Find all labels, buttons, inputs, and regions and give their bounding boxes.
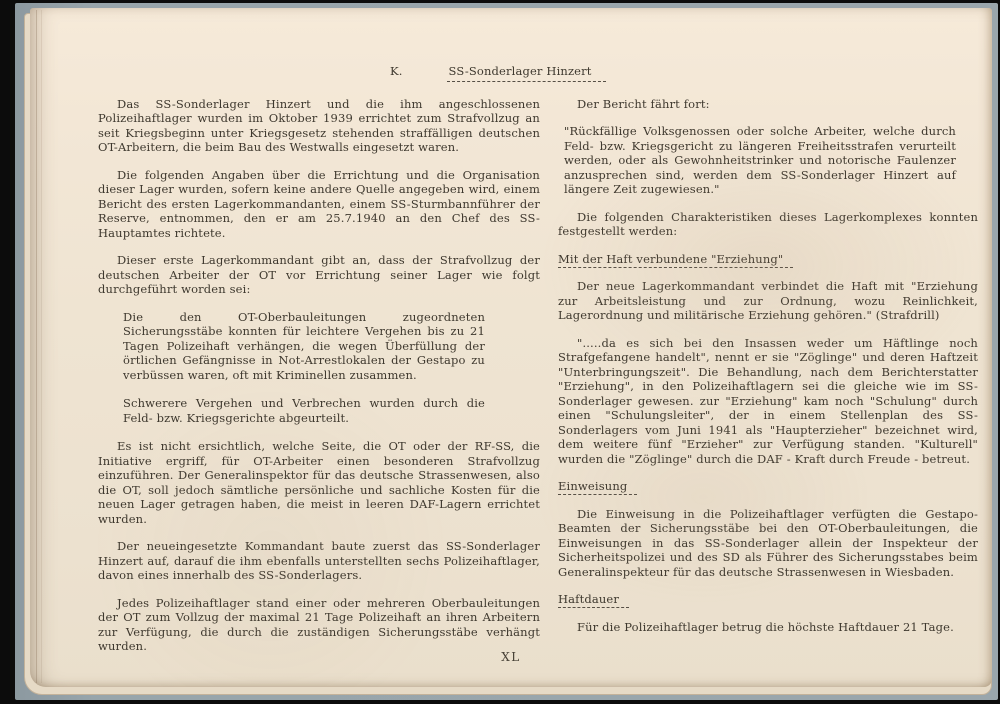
paragraph: Der Bericht fährt fort: (558, 97, 978, 112)
block-quote: Schwerere Vergehen und Verbrechen wurden… (123, 396, 485, 425)
paragraph: Jedes Polizeihaftlager stand einer oder … (98, 596, 540, 654)
section-heading: Mit der Haft verbundene "Erziehung" (558, 252, 978, 267)
section-heading: Haftdauer (558, 592, 978, 607)
block-quote: Die den OT-Oberbauleitungen zugeordneten… (123, 310, 485, 383)
paragraph: ".....da es sich bei den Insassen weder … (558, 336, 978, 467)
two-column-layout: Das SS-Sonderlager Hinzert und die ihm a… (98, 97, 978, 667)
paragraph: Die folgenden Angaben über die Errichtun… (98, 168, 540, 241)
section-heading-label: Mit der Haft verbundene "Erziehung" (558, 252, 793, 268)
page-content: K. SS-Sonderlager Hinzert Das SS-Sonderl… (98, 64, 978, 667)
page-number: XL (30, 650, 992, 664)
right-column: Der Bericht fährt fort:"Rückfällige Volk… (558, 97, 978, 667)
paragraph: Die Einweisung in die Polizeihaftlager v… (558, 507, 978, 580)
section-heading-label: Einweisung (558, 479, 637, 495)
document-page: K. SS-Sonderlager Hinzert Das SS-Sonderl… (30, 8, 992, 687)
section-letter: K. (390, 64, 403, 82)
paragraph: Das SS-Sonderlager Hinzert und die ihm a… (98, 97, 540, 155)
paragraph: Der neueingesetzte Kommandant baute zuer… (98, 539, 540, 583)
section-heading-label: Haftdauer (558, 592, 629, 608)
section-heading: Einweisung (558, 479, 978, 494)
left-column: Das SS-Sonderlager Hinzert und die ihm a… (98, 97, 540, 667)
page-title: SS-Sonderlager Hinzert (447, 64, 606, 82)
paragraph: Dieser erste Lagerkommandant gibt an, da… (98, 253, 540, 297)
block-quote: "Rückfällige Volksgenossen oder solche A… (564, 124, 956, 197)
paragraph: Für die Polizeihaftlager betrug die höch… (558, 620, 978, 635)
page-header: K. SS-Sonderlager Hinzert (390, 64, 978, 82)
paragraph: Der neue Lagerkommandant verbindet die H… (558, 279, 978, 323)
paragraph: Es ist nicht ersichtlich, welche Seite, … (98, 439, 540, 526)
paragraph: Die folgenden Charakteristiken dieses La… (558, 210, 978, 239)
